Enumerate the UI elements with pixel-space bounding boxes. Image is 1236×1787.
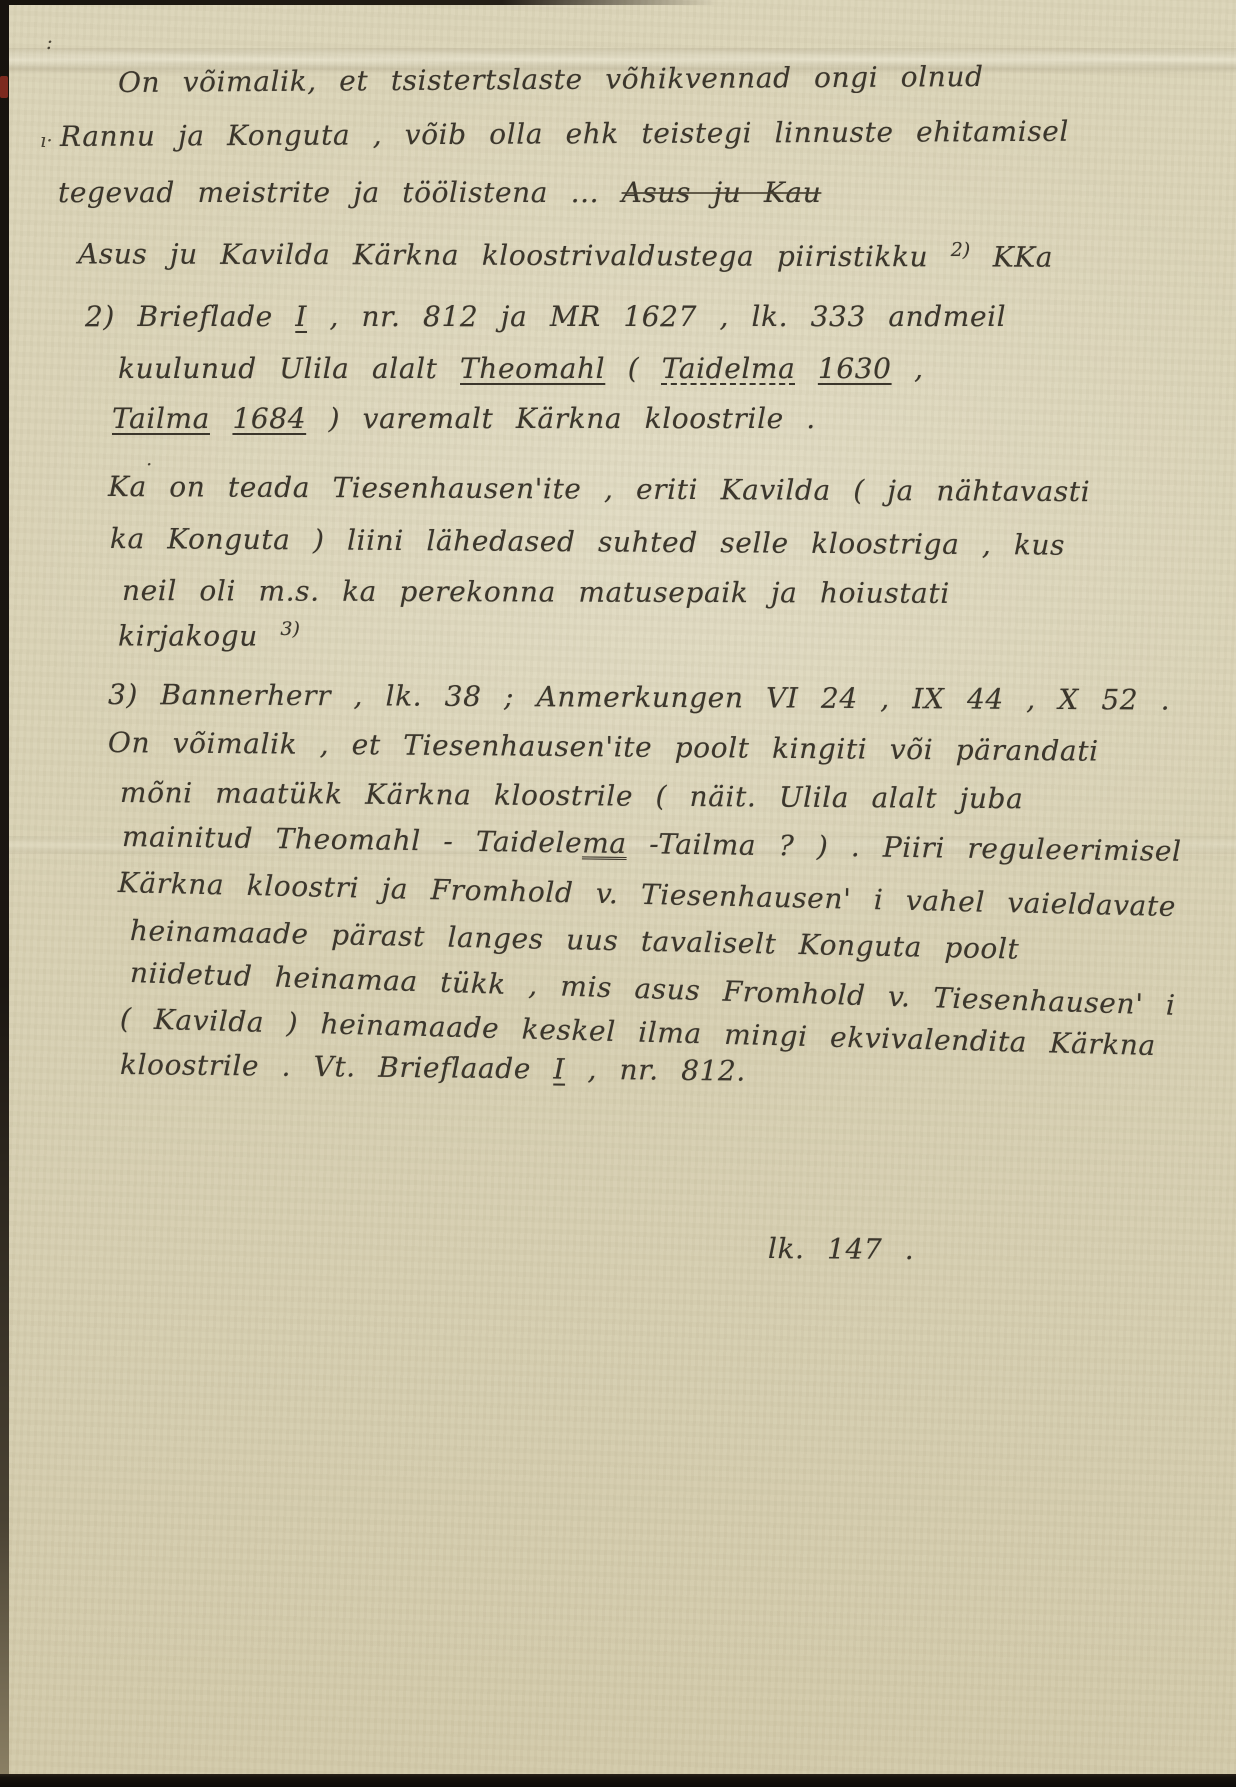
text-segment: Rannu ja Konguta , võib olla ehk teisteg… <box>60 115 1069 153</box>
handwritten-line: On võimalik, et tsistertslaste võhikvenn… <box>118 60 984 99</box>
text-segment: Kärkna kloostri ja Fromhold v. Tiesenhau… <box>118 866 1177 923</box>
handwritten-line: kloostrile . Vt. Brieflaade I , nr. 812. <box>120 1048 746 1088</box>
ink-dot: : <box>46 30 53 54</box>
text-segment: heinamaade pärast langes uus tavaliselt … <box>130 914 1020 966</box>
handwritten-line: mainitud Theomahl - Taidelema -Tailma ? … <box>122 820 1182 868</box>
text-segment: 1630 <box>818 352 892 385</box>
handwritten-line: Rannu ja Konguta , võib olla ehk teisteg… <box>60 115 1069 153</box>
handwritten-line: heinamaade pärast langes uus tavaliselt … <box>130 914 1020 966</box>
text-segment: Tailma <box>112 402 210 435</box>
text-segment <box>210 402 233 435</box>
handwritten-line: Ka on teada Tiesenhausen'ite , eriti Kav… <box>108 470 1090 508</box>
text-segment: 2) <box>951 239 971 261</box>
text-segment: -Tailma ? ) . Piiri reguleerimisel <box>626 827 1181 868</box>
text-segment: Asus ju Kau <box>622 176 822 209</box>
scan-edge-bottom <box>0 1774 1236 1787</box>
handwritten-line: 2) Brieflade I , nr. 812 ja MR 1627 , lk… <box>85 300 1006 333</box>
text-segment: 1684 <box>232 402 306 435</box>
text-segment <box>795 352 818 385</box>
text-segment: On võimalik, et tsistertslaste võhikvenn… <box>118 60 984 99</box>
text-segment: Theomahl <box>460 352 605 385</box>
text-segment: , nr. 812 ja MR 1627 , lk. 333 andmeil <box>307 300 1006 333</box>
text-segment: kuulunud Ulila alalt <box>118 352 460 385</box>
handwritten-line: kuulunud Ulila alalt Theomahl ( Taidelma… <box>118 352 924 385</box>
text-segment: ka Konguta ) liini lähedased suhted sell… <box>110 522 1065 562</box>
text-segment: KKa <box>970 240 1053 273</box>
text-segment: 2) Brieflade <box>85 300 295 333</box>
text-segment: Asus ju Kavilda Kärkna kloostrivaldusteg… <box>78 237 951 273</box>
ink-dot: ı· <box>40 128 53 152</box>
scan-edge-red-spot <box>0 76 8 98</box>
handwritten-line: kirjakogu 3) <box>118 618 300 652</box>
handwritten-line: Kärkna kloostri ja Fromhold v. Tiesenhau… <box>118 866 1177 923</box>
text-segment: Taidelma <box>662 352 796 385</box>
text-segment: mainitud Theomahl - Taidele <box>122 820 583 859</box>
text-segment: kloostrile . Vt. Brieflaade <box>120 1048 554 1086</box>
handwritten-line: mõni maatükk Kärkna kloostrile ( näit. U… <box>120 776 1024 815</box>
text-segment: kirjakogu <box>118 619 280 652</box>
scan-edge-left <box>0 0 9 1787</box>
text-segment: 3) Bannerherr , lk. 38 ; Anmerkungen VI … <box>108 678 1170 717</box>
text-segment: Ka on teada Tiesenhausen'ite , eriti Kav… <box>108 470 1090 508</box>
handwritten-line: On võimalik , et Tiesenhausen'ite poolt … <box>108 726 1099 768</box>
text-segment: tegevad meistrite ja töölistena ... <box>58 176 622 209</box>
page-number-note: lk. 147 . <box>768 1232 915 1266</box>
text-segment: I <box>295 300 307 333</box>
text-segment: 3) <box>280 618 300 640</box>
scanned-page: On võimalik, et tsistertslaste võhikvenn… <box>0 0 1236 1787</box>
handwritten-line: Asus ju Kavilda Kärkna kloostrivaldusteg… <box>78 236 1053 274</box>
text-segment: ( <box>605 352 662 385</box>
handwritten-line: neil oli m.s. ka perekonna matusepaik ja… <box>122 574 950 610</box>
text-segment: neil oli m.s. ka perekonna matusepaik ja… <box>122 574 950 610</box>
handwritten-line: tegevad meistrite ja töölistena ... Asus… <box>58 176 821 209</box>
text-segment: , <box>892 352 924 385</box>
handwritten-line: Tailma 1684 ) varemalt Kärkna kloostrile… <box>112 402 816 435</box>
text-segment: ma <box>582 826 627 860</box>
text-segment: , nr. 812. <box>565 1053 746 1088</box>
handwritten-line: 3) Bannerherr , lk. 38 ; Anmerkungen VI … <box>108 678 1170 717</box>
text-segment: I <box>553 1053 565 1086</box>
text-segment: ) varemalt Kärkna kloostrile . <box>306 402 816 435</box>
text-segment: lk. 147 . <box>768 1232 915 1266</box>
handwritten-line: ka Konguta ) liini lähedased suhted sell… <box>110 522 1065 562</box>
text-segment: mõni maatükk Kärkna kloostrile ( näit. U… <box>120 776 1024 815</box>
scan-edge-top <box>0 0 717 5</box>
text-segment: On võimalik , et Tiesenhausen'ite poolt … <box>108 726 1099 768</box>
